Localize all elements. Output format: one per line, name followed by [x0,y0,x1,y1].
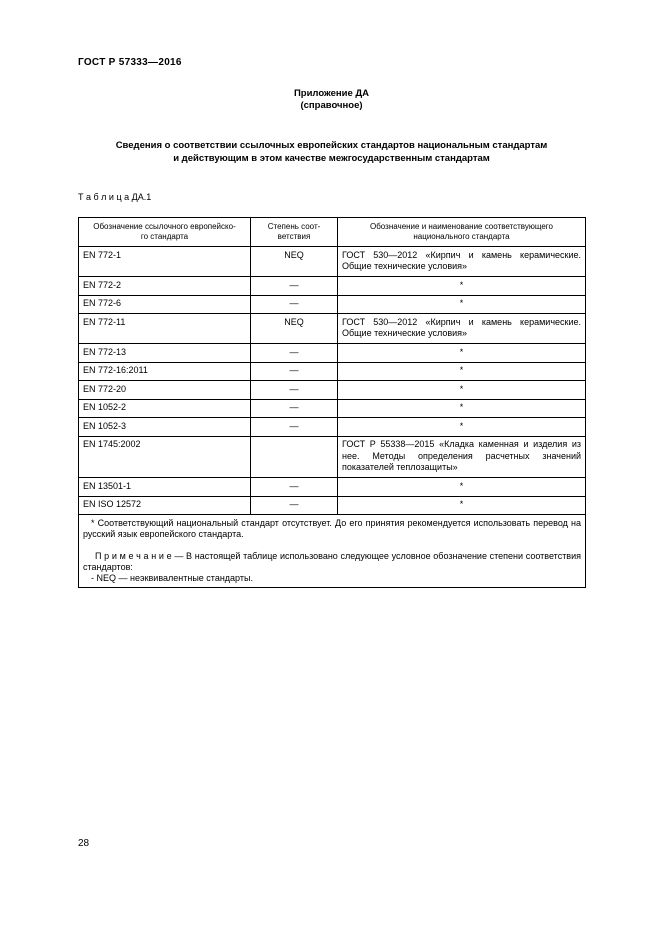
eu-standard-cell: EN 772-6 [79,295,251,314]
eu-standard-cell: EN 772-2 [79,277,251,296]
table-row: EN 1052-2 — * [79,399,586,418]
appendix-type: (справочное) [78,100,585,112]
eu-standard-cell: EN ISO 12572 [79,496,251,515]
table-row: EN 772-1 NEQ ГОСТ 530—2012 «Кирпич и кам… [79,247,586,277]
table-row: EN 772-16:2011 — * [79,362,586,381]
page-content: ГОСТ Р 57333—2016 Приложение ДА (справоч… [78,0,585,935]
document-title: Сведения о соответствии ссылочных европе… [78,140,585,165]
table-row: EN 772-6 — * [79,295,586,314]
document-page: ГОСТ Р 57333—2016 Приложение ДА (справоч… [0,0,661,935]
col-header-eu-standard: Обозначение ссылочного европейско- го ст… [79,218,251,247]
table-row: EN 13501-1 — * [79,478,586,497]
col-header-conformity: Степень соот- ветствия [251,218,338,247]
eu-standard-cell: EN 1052-2 [79,399,251,418]
conformity-cell: — [251,344,338,363]
doc-code: ГОСТ Р 57333—2016 [78,57,182,68]
conformity-cell: — [251,277,338,296]
eu-standard-cell: EN 1745:2002 [79,436,251,478]
conformity-cell: — [251,399,338,418]
note-label: П р и м е ч а н и е [95,551,172,561]
note-neq-item: - NEQ — неэквивалентные стандарты. [83,573,581,584]
document-title-line1: Сведения о соответствии ссылочных европе… [78,140,585,153]
table-note: П р и м е ч а н и е — В настоящей таблиц… [83,551,581,573]
eu-standard-cell: EN 1052-3 [79,418,251,437]
national-standard-cell: ГОСТ 530—2012 «Кирпич и камень керамичес… [338,247,586,277]
national-standard-cell: * [338,381,586,400]
table-row: EN 1052-3 — * [79,418,586,437]
national-standard-cell: * [338,277,586,296]
conformity-cell: — [251,295,338,314]
document-title-line2: и действующим в этом качестве межгосудар… [78,153,585,166]
table-caption: Т а б л и ц а ДА.1 [78,192,151,202]
conformity-cell: — [251,418,338,437]
national-standard-cell: * [338,344,586,363]
conformity-cell: — [251,362,338,381]
table-row: EN 1745:2002 ГОСТ Р 55338—2015 «Кладка к… [79,436,586,478]
eu-standard-cell: EN 772-11 [79,314,251,344]
conformity-cell [251,436,338,478]
conformity-cell: NEQ [251,247,338,277]
national-standard-cell: ГОСТ 530—2012 «Кирпич и камень керамичес… [338,314,586,344]
table-row: EN 772-13 — * [79,344,586,363]
eu-standard-cell: EN 772-1 [79,247,251,277]
table-header-row: Обозначение ссылочного европейско- го ст… [79,218,586,247]
eu-standard-cell: EN 13501-1 [79,478,251,497]
table-row: EN 772-2 — * [79,277,586,296]
table-row: EN ISO 12572 — * [79,496,586,515]
standards-table: Обозначение ссылочного европейско- го ст… [78,217,586,588]
national-standard-cell: * [338,478,586,497]
table-footer-cell: * Соответствующий национальный стандарт … [79,515,586,588]
table-footer-row: * Соответствующий национальный стандарт … [79,515,586,588]
conformity-cell: — [251,381,338,400]
eu-standard-cell: EN 772-13 [79,344,251,363]
appendix-heading: Приложение ДА (справочное) [78,88,585,112]
national-standard-cell: * [338,362,586,381]
national-standard-cell: * [338,399,586,418]
page-number: 28 [78,838,89,849]
conformity-cell: — [251,478,338,497]
conformity-cell: — [251,496,338,515]
eu-standard-cell: EN 772-20 [79,381,251,400]
col-header-national-standard: Обозначение и наименование соответствующ… [338,218,586,247]
table-footnote: * Соответствующий национальный стандарт … [83,518,581,540]
table-row: EN 772-20 — * [79,381,586,400]
national-standard-cell: * [338,496,586,515]
appendix-label: Приложение ДА [78,88,585,100]
eu-standard-cell: EN 772-16:2011 [79,362,251,381]
national-standard-cell: ГОСТ Р 55338—2015 «Кладка каменная и изд… [338,436,586,478]
national-standard-cell: * [338,418,586,437]
conformity-cell: NEQ [251,314,338,344]
national-standard-cell: * [338,295,586,314]
table-row: EN 772-11 NEQ ГОСТ 530—2012 «Кирпич и ка… [79,314,586,344]
